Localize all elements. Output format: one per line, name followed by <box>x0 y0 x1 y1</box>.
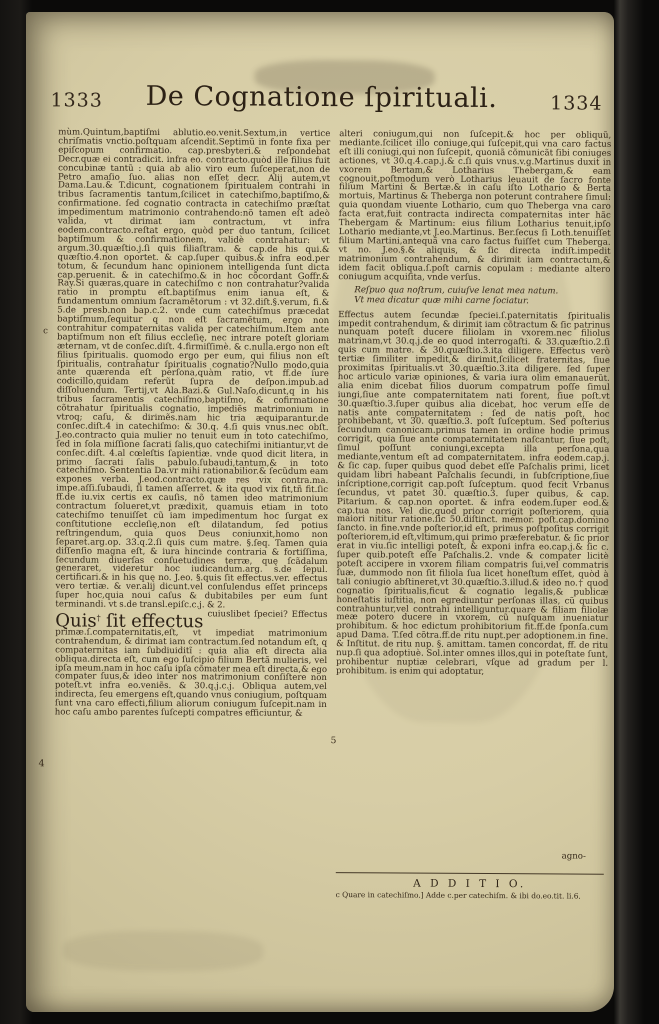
photo-background: 1333 De Cognatione ſpirituali. 1334 mùm.… <box>0 0 659 1024</box>
bleed-through-smudge <box>63 930 263 971</box>
margin-reference-c: c <box>43 326 48 336</box>
page-header: 1333 De Cognatione ſpirituali. 1334 <box>50 80 602 114</box>
additio-block: A D D I T I O. c Quare in catechiſmo.] A… <box>336 872 604 901</box>
margin-paragraph-number-4: 4 <box>38 758 44 769</box>
margin-paragraph-number-5: 5 <box>331 736 337 746</box>
left-column-paragraph-1: mùm.Quintum,baptiſmi ablutio.eo.venit.Se… <box>55 128 330 611</box>
footer-rule <box>336 872 604 875</box>
section-heading-quis-sit-effectus: Quis† ſit effectus <box>55 609 207 629</box>
book-page: 1333 De Cognatione ſpirituali. 1334 mùm.… <box>26 12 614 1012</box>
right-column-paragraph-1: alteri coniugum,qui non ſuſcepit.& hoc p… <box>338 130 611 283</box>
verse-line-2: Vt mea dicatur quæ mihi carne ſociatur. <box>354 296 610 307</box>
book-fore-edge <box>614 0 659 1024</box>
text-columns: mùm.Quintum,baptiſmi ablutio.eo.venit.Se… <box>55 128 613 720</box>
additio-note: c Quare in catechiſmo.] Adde c.per catec… <box>336 891 604 901</box>
left-column-paragraph-2: Quis† ſit effectuscuiuslibet ſpeciei? Ef… <box>55 609 328 719</box>
page-number-left: 1333 <box>50 89 130 111</box>
verse-couplet: Reſpuo qua noſtrum, cuiuſve lenat mea na… <box>354 287 610 308</box>
left-column: mùm.Quintum,baptiſmi ablutio.eo.venit.Se… <box>55 128 331 719</box>
right-column: alteri coniugum,qui non ſuſcepit.& hoc p… <box>336 130 612 721</box>
running-title: De Cognatione ſpirituali. <box>130 81 512 114</box>
right-column-paragraph-2: Effectus autem ſecundæ ſpeciei.ſ.paterni… <box>336 311 610 678</box>
page-number-right: 1334 <box>512 92 602 115</box>
additio-heading: A D D I T I O. <box>336 877 604 891</box>
catchword: agno- <box>562 851 586 861</box>
